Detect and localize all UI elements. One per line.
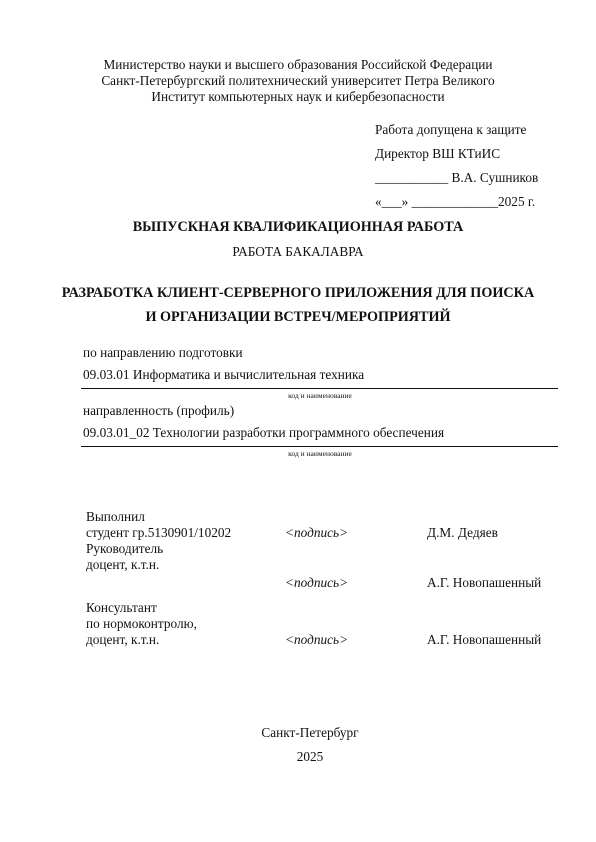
consultant-title: доцент, к.т.н. <box>86 632 159 648</box>
document-type: РАБОТА БАКАЛАВРА <box>0 244 596 260</box>
consultant-signature-placeholder: <подпись> <box>285 632 348 648</box>
profile-value: 09.03.01_02 Технологии разработки програ… <box>83 425 444 441</box>
supervisor-title: доцент, к.т.н. <box>86 557 159 573</box>
university-name: Санкт-Петербургский политехнический унив… <box>0 73 596 89</box>
consultant-name: А.Г. Новопашенный <box>427 632 541 648</box>
supervisor-signature-placeholder: <подпись> <box>285 575 348 591</box>
direction-underline <box>81 388 558 389</box>
profile-label: направленность (профиль) <box>83 403 234 419</box>
direction-caption: код и наименование <box>0 391 596 400</box>
approval-date: «___» _____________2025 г. <box>375 194 535 210</box>
approval-director-title: Директор ВШ КТиИС <box>375 146 500 162</box>
supervisor-name: А.Г. Новопашенный <box>427 575 541 591</box>
profile-underline <box>81 446 558 447</box>
student-name: Д.М. Дедяев <box>427 525 498 541</box>
student-signature-placeholder: <подпись> <box>285 525 348 541</box>
consultant-role: Консультант <box>86 600 157 616</box>
student-group: студент гр.5130901/10202 <box>86 525 231 541</box>
topic-line-2: И ОРГАНИЗАЦИИ ВСТРЕЧ/МЕРОПРИЯТИЙ <box>0 309 596 326</box>
direction-value: 09.03.01 Информатика и вычислительная те… <box>83 367 364 383</box>
consultant-area: по нормоконтролю, <box>86 616 197 632</box>
ministry-name: Министерство науки и высшего образования… <box>0 57 596 73</box>
topic-line-1: РАЗРАБОТКА КЛИЕНТ-СЕРВЕРНОГО ПРИЛОЖЕНИЯ … <box>0 285 596 302</box>
institute-name: Институт компьютерных наук и кибербезопа… <box>0 89 596 105</box>
direction-label: по направлению подготовки <box>83 345 243 361</box>
profile-caption: код и наименование <box>0 449 596 458</box>
student-role: Выполнил <box>86 509 145 525</box>
footer-year: 2025 <box>12 749 596 765</box>
supervisor-role: Руководитель <box>86 541 163 557</box>
document-title: ВЫПУСКНАЯ КВАЛИФИКАЦИОННАЯ РАБОТА <box>0 219 596 236</box>
footer-city: Санкт-Петербург <box>12 725 596 741</box>
approval-admitted: Работа допущена к защите <box>375 122 526 138</box>
approval-director-signature: ___________ В.А. Сушников <box>375 170 538 186</box>
